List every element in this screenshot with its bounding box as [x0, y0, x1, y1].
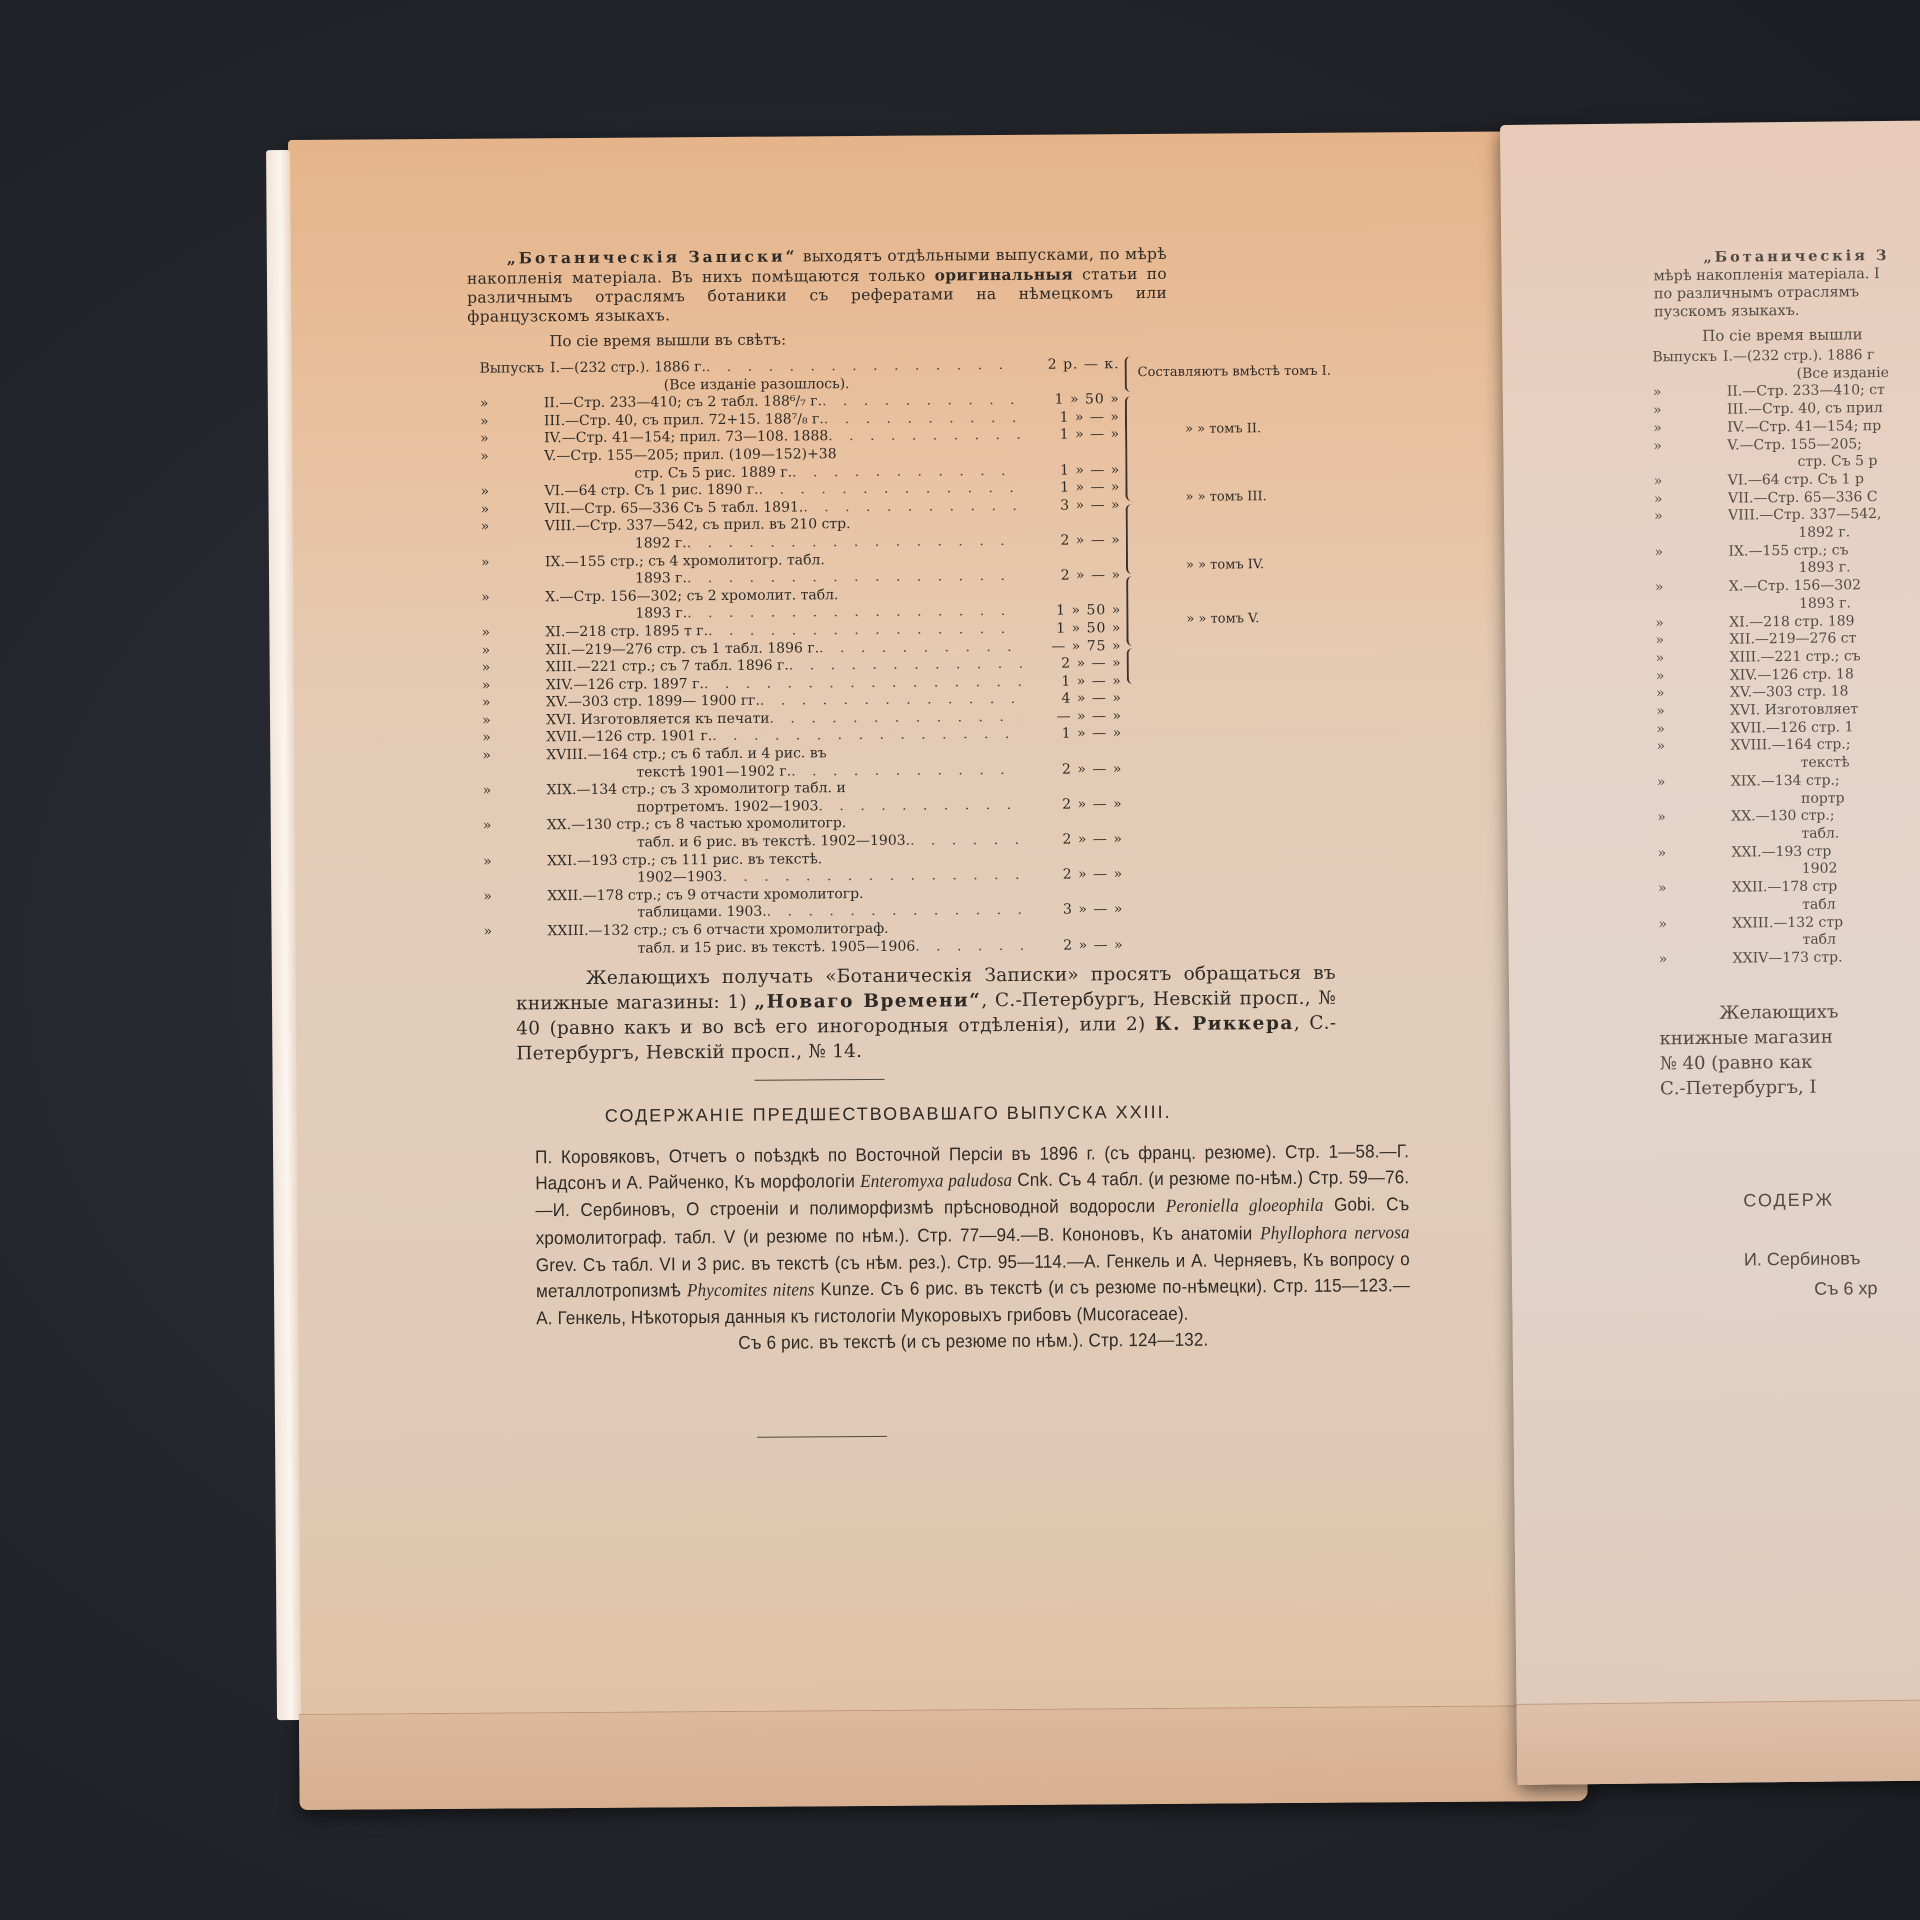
issue-price: 2 » — »: [1021, 567, 1121, 585]
issue-description: IX.—155 стр.; съ 4 хромолитогр. табл.: [515, 552, 825, 572]
ditto-mark: »: [1654, 508, 1688, 526]
brace: [1127, 648, 1137, 684]
ditto-mark: [483, 871, 517, 889]
dot-leader: . . . . . . . . . . . . . . . . . . . . …: [712, 726, 1022, 746]
ditto-mark: [481, 572, 515, 590]
ditto-mark: »: [1656, 668, 1690, 686]
dot-leader: . . . . . . . . . . . . . . . . . . . . …: [687, 533, 1021, 553]
ditto-mark: [483, 800, 517, 818]
brace: [1125, 356, 1135, 392]
ditto-mark: »: [1656, 703, 1690, 721]
issue-description: (Все изданiе: [1687, 365, 1890, 385]
ditto-mark: »: [1655, 579, 1689, 597]
issue-description: III.—Стр. 40, съ прил. 72+15. 188⁷/₈ г.: [514, 411, 824, 431]
issue-description: портретомъ. 1902—1903: [517, 798, 819, 818]
dot-leader: . . . . . . . . . . . . . . . . . . . . …: [910, 832, 1023, 850]
ditto-mark: »: [483, 853, 517, 871]
issue-description: XV.—303 стр. 18: [1690, 684, 1849, 703]
right-issue-row: »VIII.—Стр. 337—542,: [1654, 505, 1920, 527]
contents-paragraph: П. Коровяковъ, Отчетъ о поѣздкѣ по Восто…: [535, 1138, 1410, 1356]
booklet-spine: [266, 150, 301, 1720]
issue-price: 2 р. — к.: [1020, 356, 1120, 374]
ditto-mark: »: [483, 888, 517, 906]
issue-description: IX.—155 стр.; съ: [1688, 542, 1848, 561]
ditto-mark: »: [482, 730, 516, 748]
ditto-mark: [1657, 827, 1691, 845]
issue-price: [1023, 884, 1123, 902]
ditto-mark: Выпускъ: [480, 360, 545, 378]
issue-description: XXII.—178 стр: [1692, 879, 1837, 898]
issue-price: 1 » — »: [1020, 409, 1120, 427]
issue-description: XVI. Изготовляет: [1690, 701, 1858, 720]
issue-price: 2 » — »: [1023, 831, 1123, 849]
issue-description: VI.—64 стр. Съ 1 р: [1688, 471, 1864, 491]
species-name: Peroniella gloeophila: [1166, 1196, 1324, 1217]
ditto-mark: [1657, 792, 1691, 810]
issue-price: 3 » — »: [1021, 497, 1121, 515]
dot-leader: . . . . . . . . . . . . . . . . . . . . …: [824, 410, 1020, 429]
issue-price: 3 » — »: [1023, 902, 1123, 920]
dot-leader: . . . . . . . . . . . . . . . . . . . . …: [760, 691, 1022, 710]
ditto-mark: »: [482, 642, 516, 660]
ditto-mark: »: [1656, 721, 1690, 739]
brace: [1126, 576, 1136, 646]
issues-list: ВыпускъI.—(232 стр.). 1886 г.. . . . . .…: [480, 356, 1124, 959]
ditto-mark: »: [1656, 739, 1690, 757]
ditto-mark: »: [1653, 402, 1687, 420]
issue-description: XI.—218 стр. 189: [1689, 613, 1854, 632]
right-ordering-line: С.-Петербургъ, I: [1660, 1075, 1839, 1102]
volume-label-4: » » томъ IV.: [1186, 557, 1264, 573]
issue-description: V.—Стр. 155—205; прил. (109—152)+38: [514, 446, 836, 466]
right-intro: „Ботаническiя Змѣрѣ накопленiя матерiала…: [1653, 247, 1890, 321]
ditto-mark: »: [482, 660, 516, 678]
ditto-mark: [483, 835, 517, 853]
ditto-mark: »: [1654, 544, 1688, 562]
ordering-paragraph: Желающихъ получать «Ботаническiя Записки…: [516, 961, 1337, 1067]
volume-label-5: » » томъ V.: [1186, 611, 1259, 627]
issue-description: XI.—218 стр. 1895 т г.: [515, 623, 708, 642]
ditto-mark: »: [1657, 809, 1691, 827]
shop-ricker: К. Риккера: [1155, 1013, 1294, 1035]
ditto-mark: »: [1653, 420, 1687, 438]
right-ordering-line: Желающихъ: [1659, 1000, 1838, 1027]
issue-description: XVII.—126 стр. 1901 г.: [516, 729, 712, 748]
issue-price: 2 » — »: [1024, 937, 1124, 955]
intro-paragraph: „Ботаническiя Записки“ выходятъ отдѣльны…: [467, 244, 1168, 327]
issue-description: IV.—Стр. 41—154; прил. 73—108. 1888: [514, 429, 828, 449]
issue-price: 2 » — »: [1022, 655, 1122, 673]
issue-description: XIII.—221 стр.; съ: [1690, 648, 1861, 667]
issue-description: XV.—303 стр. 1899— 1900 гг.: [516, 693, 760, 712]
dot-leader: . . . . . . . . . . . . . . . . . . . . …: [915, 937, 1024, 955]
right-ordering: Желающихъкнижные магазин№ 40 (равно какС…: [1659, 1000, 1839, 1102]
ditto-mark: »: [480, 431, 514, 449]
issue-description: текстѣ 1901—1902 г.: [516, 763, 791, 783]
issue-description: XIV.—126 стр. 18: [1690, 666, 1854, 685]
issue-description: портр: [1691, 790, 1845, 809]
dot-leader: . . . . . . . . . . . . . . . . . . . . …: [722, 867, 1023, 887]
right-contents: И. Сербиновъ Съ 6 хр: [1744, 1243, 1878, 1304]
volume-label-2: » » томъ II.: [1185, 421, 1261, 437]
issue-description: 1902: [1692, 861, 1838, 880]
dot-leader: . . . . . . . . . . . . . . . . . . . . …: [822, 392, 1020, 411]
ditto-mark: »: [483, 818, 517, 836]
ditto-mark: »: [481, 554, 515, 572]
ditto-mark: [481, 536, 515, 554]
ditto-mark: Выпускъ: [1652, 349, 1717, 367]
issue-price: 2 » — »: [1023, 796, 1123, 814]
dot-leader: . . . . . . . . . . . . . . . . . . . . …: [769, 709, 1022, 728]
ditto-mark: »: [1658, 845, 1692, 863]
issue-price: [1023, 849, 1123, 867]
issue-description: табл. и 15 рис. въ текстѣ. 1905—1906: [518, 938, 916, 958]
dot-leader: . . . . . . . . . . . . . . . . . . . . …: [818, 797, 1022, 816]
issue-price: 1 » — »: [1022, 673, 1122, 691]
dot-leader: . . . . . . . . . . . . . . . . . . . . …: [708, 621, 1021, 641]
issue-price: [1021, 585, 1121, 603]
right-intro-line: по различнымъ отраслямъ: [1654, 283, 1890, 303]
dot-leader: . . . . . . . . . . . . . . . . . . . . …: [792, 462, 1020, 481]
ditto-mark: »: [1656, 650, 1690, 668]
divider: [757, 1436, 887, 1438]
ditto-mark: [1655, 597, 1689, 615]
issue-price: 2 » — »: [1021, 532, 1121, 550]
issue-description: I.—(232 стр.). 1886 г.: [550, 359, 706, 378]
issue-row: табл. и 15 рис. въ текстѣ. 1905—1906. . …: [484, 937, 1124, 959]
volume-label-1: Составляютъ вмѣстѣ томъ I.: [1138, 364, 1331, 380]
issue-price: 1 » 50 »: [1021, 620, 1121, 638]
intro-bold: оригинальныя: [935, 265, 1074, 285]
ditto-mark: [481, 607, 515, 625]
right-booklet-back-cover: „Ботаническiя Змѣрѣ накопленiя матерiала…: [1500, 120, 1920, 1785]
ditto-mark: »: [482, 695, 516, 713]
divider: [755, 1079, 885, 1081]
issue-description: VI.—64 стр. Съ 1 рис. 1890 г.: [514, 482, 758, 501]
issue-description: XII.—219—276 стр. съ 1 табл. 1896 г.: [516, 640, 820, 660]
issue-price: [1021, 550, 1121, 568]
issue-description: XIV.—126 стр. 1897 г.: [516, 676, 704, 695]
issue-description: IV.—Стр. 41—154; пр: [1687, 418, 1881, 438]
issue-description: XXIII.—132 стр: [1692, 914, 1843, 933]
dot-leader: . . . . . . . . . . . . . . . . . . . . …: [687, 603, 1021, 623]
issue-price: 1 » — »: [1020, 427, 1120, 445]
dot-leader: . . . . . . . . . . . . . . . . . . . . …: [704, 674, 1022, 694]
issue-description: 1893 г.: [1689, 595, 1851, 614]
right-contents-line: Съ 6 хр: [1744, 1273, 1878, 1304]
issue-description: XXI.—193 стр.; съ 111 рис. въ текстѣ.: [517, 851, 822, 871]
issue-description: табл: [1692, 932, 1836, 951]
ditto-mark: »: [1653, 438, 1687, 456]
issue-description: 1893 г.: [515, 606, 687, 625]
species-name: Phyllophora nervosa: [1260, 1223, 1410, 1244]
ditto-mark: [484, 941, 518, 959]
ditto-mark: »: [481, 589, 515, 607]
ditto-mark: »: [482, 712, 516, 730]
issue-description: 1893 г.: [1689, 560, 1851, 579]
issue-description: VIII.—Стр. 337—542,: [1688, 506, 1882, 526]
shop-novoe-vremya: „Новаго Времени“: [754, 990, 981, 1013]
issue-price: [1022, 743, 1122, 761]
dot-leader: . . . . . . . . . . . . . . . . . . . . …: [706, 357, 1020, 377]
issue-price: 2 » — »: [1022, 761, 1122, 779]
left-booklet-back-cover: „Ботаническiя Записки“ выходятъ отдѣльны…: [288, 131, 1588, 1810]
issue-description: 1892 г.: [515, 535, 687, 554]
issue-description: XXIV—173 стр.: [1693, 949, 1843, 968]
issue-description: таблицами. 1903.: [517, 904, 766, 923]
dot-leader: . . . . . . . . . . . . . . . . . . . . …: [789, 656, 1022, 675]
ditto-mark: [480, 378, 514, 396]
issue-price: 4 » — »: [1022, 690, 1122, 708]
dot-leader: . . . . . . . . . . . . . . . . . . . . …: [767, 902, 1024, 921]
dot-leader: . . . . . . . . . . . . . . . . . . . . …: [819, 638, 1022, 657]
bottom-fold-flap: [1517, 1699, 1920, 1785]
issue-price: [1023, 814, 1123, 832]
brace: [1126, 504, 1136, 574]
species-name: Enteromyxa paludosa: [860, 1170, 1012, 1191]
bottom-fold-flap: [299, 1705, 1588, 1810]
issue-description: табл.: [1691, 825, 1839, 844]
ditto-mark: [1654, 526, 1688, 544]
ditto-mark: »: [1653, 384, 1687, 402]
issue-description: II.—Стр. 233—410; ст: [1687, 382, 1885, 402]
ditto-mark: [1657, 756, 1691, 774]
ditto-mark: »: [483, 923, 517, 941]
issue-description: стр. Съ 5 рис. 1889 г.: [514, 464, 792, 484]
ditto-mark: [482, 765, 516, 783]
ditto-mark: »: [481, 501, 515, 519]
ditto-mark: »: [480, 413, 514, 431]
ditto-mark: [1653, 367, 1687, 385]
issue-description: I.—(232 стр.). 1886 г: [1723, 347, 1875, 366]
issue-description: XIX.—134 стр.;: [1691, 772, 1840, 791]
ditto-mark: [1653, 455, 1687, 473]
ditto-mark: »: [1658, 916, 1692, 934]
issue-price: 1 » — »: [1020, 462, 1120, 480]
issue-description: XIX.—134 стр.; съ 3 хромолитогр табл. и: [516, 780, 845, 800]
issue-description: V.—Стр. 155—205;: [1687, 436, 1862, 456]
ditto-mark: »: [1654, 491, 1688, 509]
issues-subheading: По сiе время вышли въ свѣтъ:: [549, 331, 786, 351]
ditto-mark: [483, 906, 517, 924]
journal-title: „Ботаническiя Записки“: [507, 246, 798, 267]
issue-description: 1902—1903: [517, 869, 722, 888]
species-name: Phycomites nitens: [687, 1280, 815, 1301]
issue-description: III.—Стр. 40, съ прил: [1687, 400, 1883, 420]
right-contents-heading: СОДЕРЖ: [1743, 1190, 1834, 1212]
ditto-mark: [1658, 933, 1692, 951]
ditto-mark: [1658, 898, 1692, 916]
issue-description: XXI.—193 стр: [1692, 843, 1832, 862]
issue-description: XII.—219—276 ст: [1689, 631, 1856, 650]
dot-leader: . . . . . . . . . . . . . . . . . . . . …: [803, 498, 1020, 517]
ditto-mark: »: [480, 448, 514, 466]
issue-description: 1893 г.: [515, 570, 687, 589]
dot-leader: . . . . . . . . . . . . . . . . . . . . …: [828, 427, 1020, 446]
issue-price: 2 » — »: [1023, 866, 1123, 884]
ditto-mark: [480, 466, 514, 484]
ditto-mark: »: [1654, 473, 1688, 491]
ditto-mark: »: [1659, 951, 1693, 969]
dot-leader: . . . . . . . . . . . . . . . . . . . . …: [687, 568, 1021, 588]
issue-description: XIII.—221 стр.; съ 7 табл. 1896 г.: [516, 658, 789, 677]
issue-description: VIII.—Стр. 337—542, съ прил. въ 210 стр.: [515, 516, 851, 536]
issue-description: табл: [1692, 896, 1836, 915]
ditto-mark: »: [1655, 632, 1689, 650]
ditto-mark: »: [480, 484, 514, 502]
issue-description: стр. Съ 5 р: [1687, 453, 1877, 473]
issue-price: 1 » 50 »: [1020, 391, 1120, 409]
ditto-mark: »: [482, 747, 516, 765]
ditto-mark: [1658, 862, 1692, 880]
issue-description: 1892 г.: [1688, 524, 1850, 543]
contents-heading: СОДЕРЖАНIЕ ПРЕДШЕСТВОВАВШАГО ВЫПУСКА XXI…: [605, 1102, 1172, 1127]
right-contents-line: И. Сербиновъ: [1744, 1243, 1878, 1274]
ditto-mark: »: [481, 624, 515, 642]
issue-price: [1020, 374, 1120, 392]
brace: [1125, 396, 1136, 501]
right-issues-list: ВыпускъI.—(232 стр.). 1886 г(Все изданiе…: [1652, 345, 1920, 969]
ditto-mark: »: [1658, 880, 1692, 898]
issue-description: XVII.—126 стр. 1: [1690, 719, 1853, 738]
issue-price: 1 » — »: [1022, 726, 1122, 744]
issue-description: XVIII.—164 стр.;: [1690, 737, 1850, 756]
issue-description: X.—Стр. 156—302: [1689, 577, 1861, 597]
ditto-mark: »: [1656, 685, 1690, 703]
volume-label-3: » » томъ III.: [1185, 489, 1266, 505]
issue-price: [1023, 919, 1123, 937]
issue-price: 1 » 50 »: [1021, 603, 1121, 621]
issue-price: [1022, 778, 1122, 796]
issue-description: II.—Стр. 233—410; съ 2 табл. 188⁶/₇ г.: [514, 393, 822, 413]
dot-leader: . . . . . . . . . . . . . . . . . . . . …: [759, 480, 1021, 499]
ditto-mark: »: [481, 519, 515, 537]
dot-leader: . . . . . . . . . . . . . . . . . . . . …: [791, 762, 1022, 781]
issue-description: XX.—130 стр.; съ 8 частью хромолитогр.: [517, 816, 847, 836]
right-issue-row: »XXIV—173 стр.: [1659, 947, 1920, 969]
issue-price: [1021, 515, 1121, 533]
right-intro-line: пузскомъ языкахъ.: [1654, 301, 1890, 321]
issue-description: X.—Стр. 156—302; съ 2 хромолит. табл.: [515, 587, 838, 607]
ditto-mark: »: [480, 396, 514, 414]
issue-description: текстѣ: [1691, 755, 1850, 774]
ditto-mark: »: [482, 783, 516, 801]
ditto-mark: [1655, 561, 1689, 579]
issue-description: VII.—Стр. 65—336 С: [1688, 489, 1878, 509]
issue-description: VII.—Стр. 65—336 Съ 5 табл. 1891.: [515, 499, 804, 519]
issue-price: [1020, 444, 1120, 462]
ditto-mark: »: [1657, 774, 1691, 792]
issue-price: — » — »: [1022, 708, 1122, 726]
right-ordering-line: книжные магазин: [1659, 1025, 1838, 1052]
issue-price: 1 » — »: [1020, 479, 1120, 497]
contents-last-line: Съ 6 рис. въ текстѣ (и съ резюме по нѣм.…: [536, 1325, 1410, 1357]
issue-description: XVI. Изготовляется къ печати: [516, 711, 770, 730]
issue-price: — » 75 »: [1021, 638, 1121, 656]
issue-description: XX.—130 стр.;: [1691, 808, 1834, 827]
ditto-mark: »: [1655, 615, 1689, 633]
ditto-mark: »: [482, 677, 516, 695]
issue-description: XVIII.—164 стр.; съ 6 табл. и 4 рис. въ: [516, 745, 826, 765]
right-ordering-line: № 40 (равно как: [1660, 1050, 1839, 1077]
right-subheading: По сiе время вышли: [1702, 325, 1863, 345]
right-issue-row: »IV.—Стр. 41—154; пр: [1653, 416, 1920, 438]
